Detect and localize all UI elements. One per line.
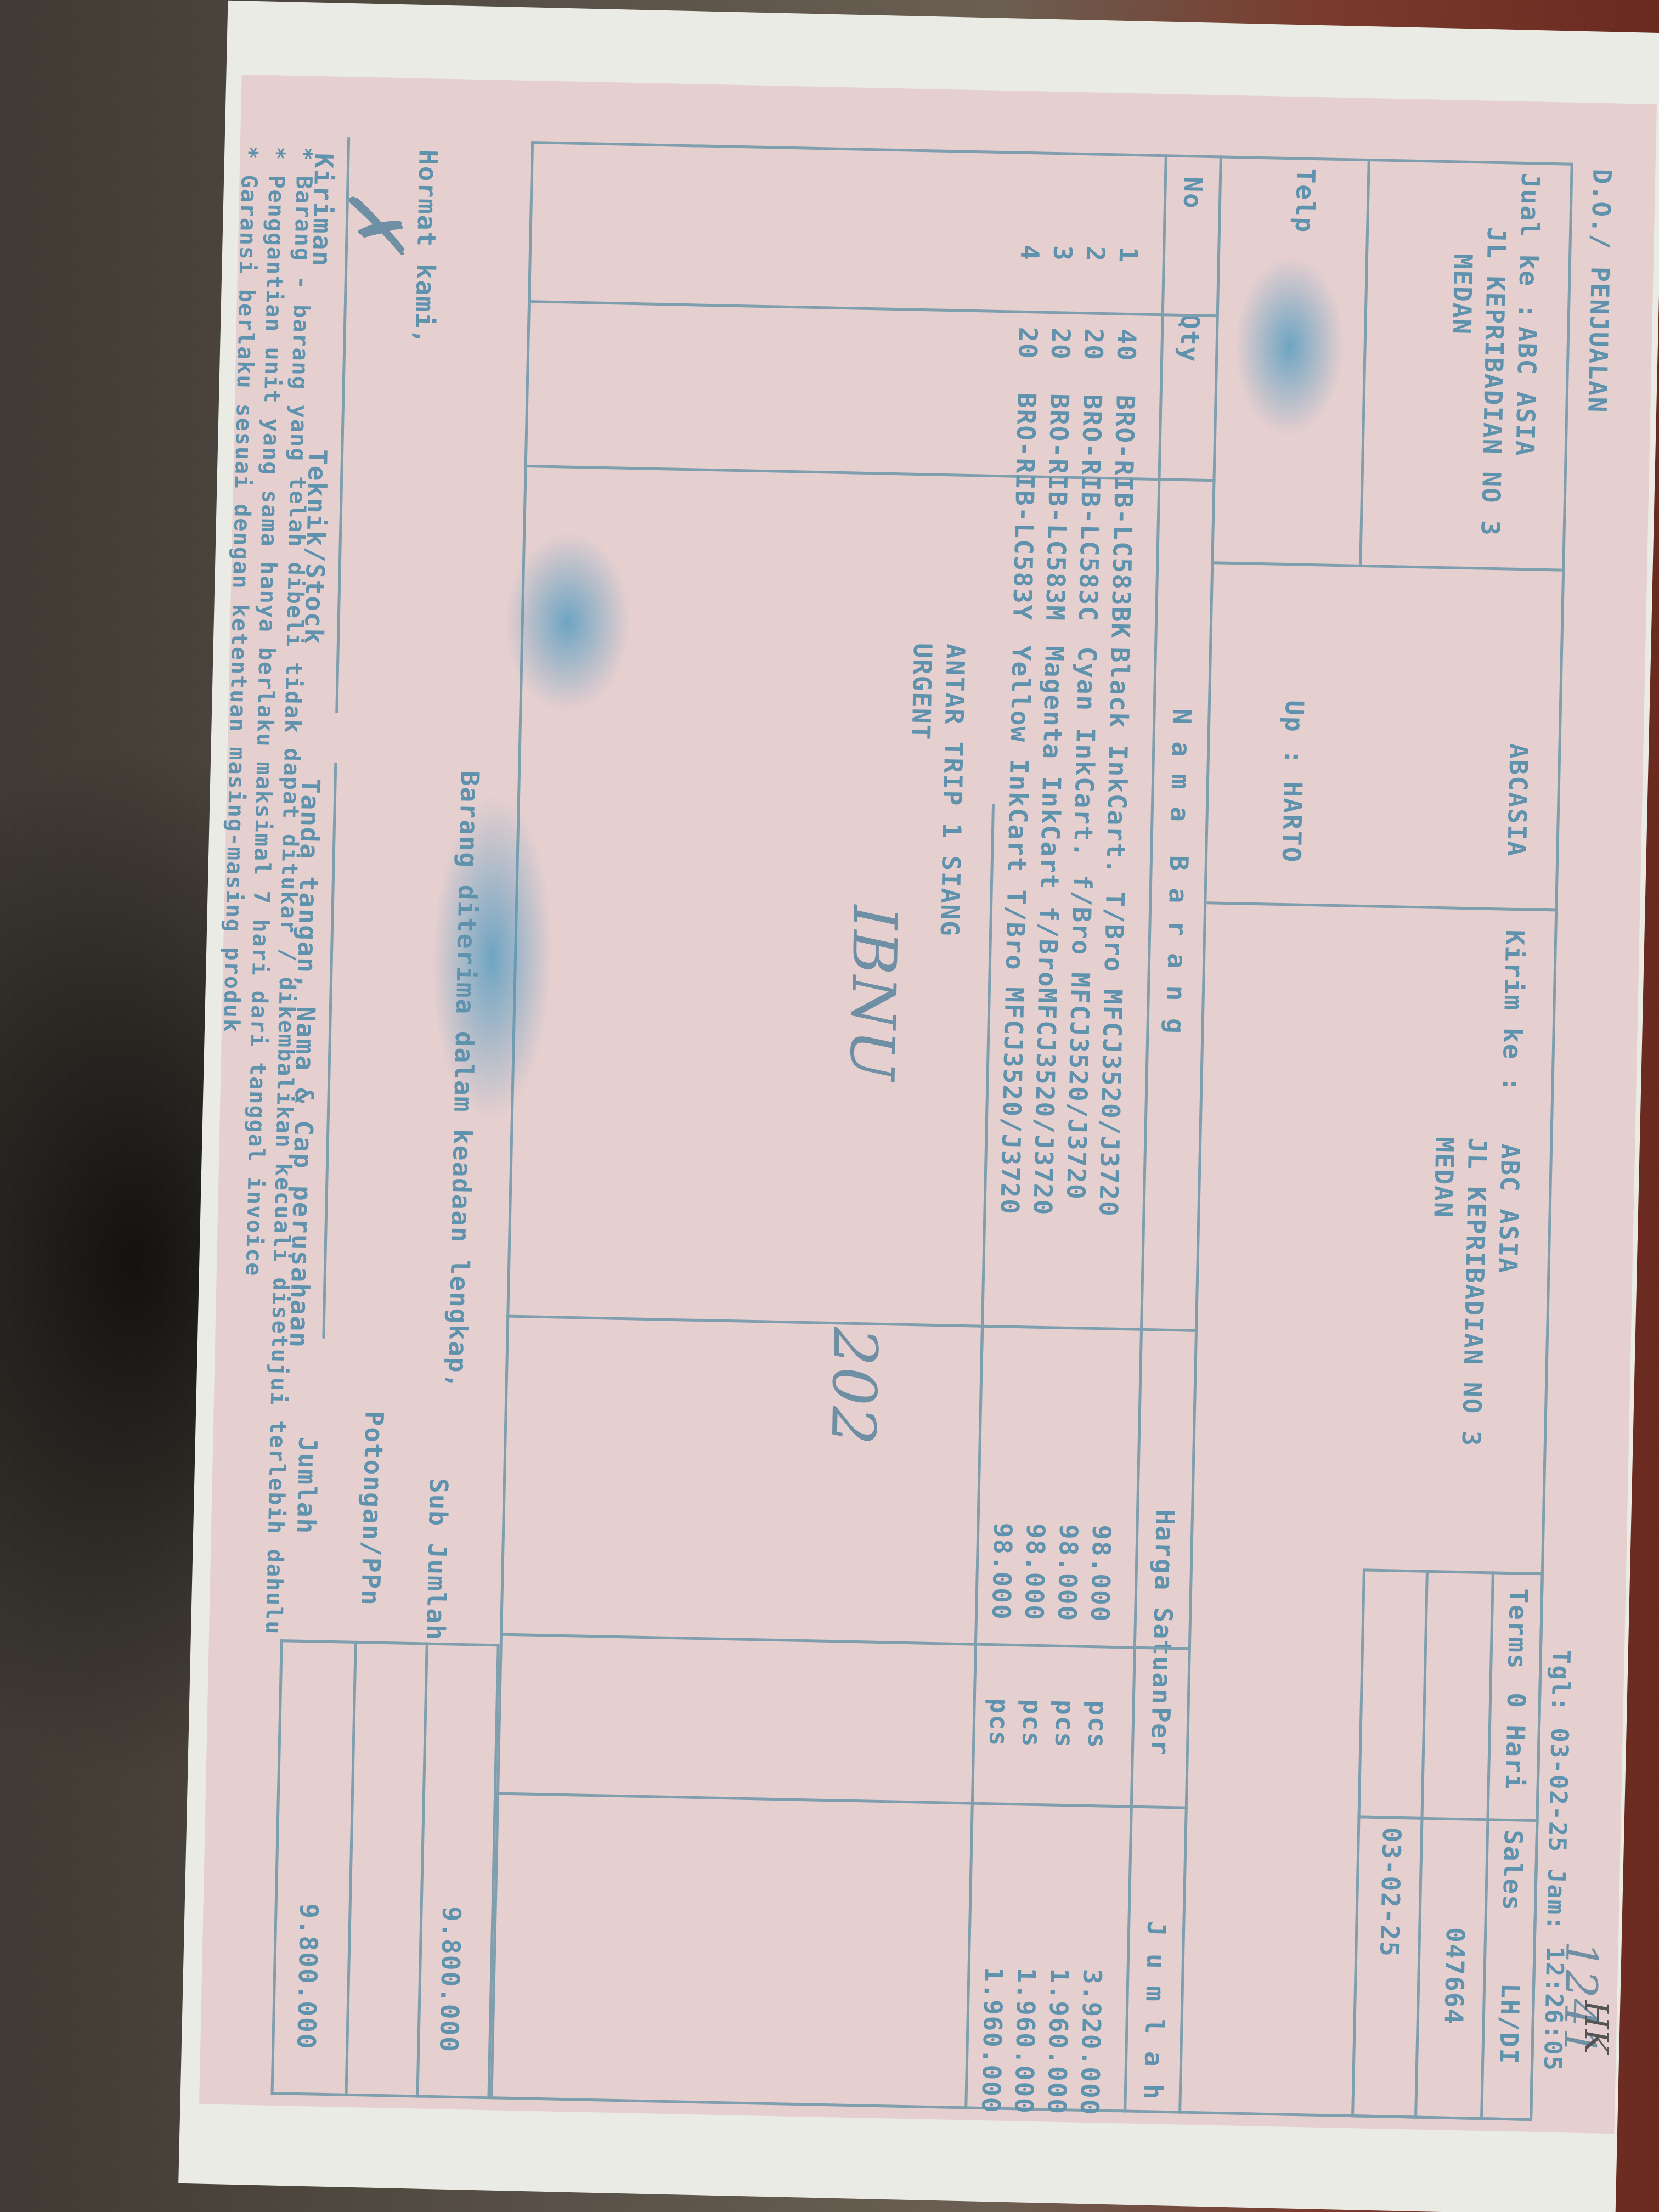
- col-per: Per: [1145, 1707, 1176, 1756]
- remark-2: URGENT: [906, 643, 938, 741]
- handwritten-note: 202: [817, 1327, 890, 1447]
- subtotal-label: Sub Jumlah: [421, 1477, 454, 1641]
- total-label: Jumlah: [291, 1436, 323, 1534]
- sold-to-name: ABC ASIA: [1510, 326, 1542, 458]
- sold-to-label: Jual ke :: [1513, 173, 1546, 320]
- invoice-photo: 1241 D.O./ PENJUALAN Tgl: 03-02-25 Jam: …: [188, 75, 1657, 2134]
- phone-label: Telp: [1290, 168, 1321, 234]
- col-unit-price: Harga Satuan: [1147, 1509, 1180, 1705]
- col-qty: Qty: [1175, 314, 1205, 363]
- signature-line: [322, 763, 337, 1339]
- ship-to-name: ABC ASIA: [1493, 1143, 1525, 1274]
- discount-label: Potongan/PPn: [356, 1410, 389, 1606]
- ship-to-label: Kirim ke :: [1497, 929, 1530, 1093]
- remark-1: ANTAR TRIP 1 SIANG: [935, 644, 970, 938]
- handwritten-name: IBNU: [836, 905, 910, 1082]
- sold-to-city: MEDAN: [1447, 253, 1478, 336]
- signature-scribble: ✗: [330, 186, 420, 253]
- doc-type: D.O./ PENJUALAN: [1582, 168, 1617, 413]
- col-total: J u m l a h: [1138, 1921, 1172, 2101]
- invoice-page: 1241 D.O./ PENJUALAN Tgl: 03-02-25 Jam: …: [199, 75, 1657, 2134]
- corner-mark: HK: [1577, 2000, 1615, 2053]
- sold-to-code: ABCASIA: [1502, 743, 1533, 857]
- col-no: No: [1178, 177, 1208, 210]
- subtotal-value: 9.800.000: [434, 1906, 467, 2053]
- total-value: 9.800.000: [291, 1903, 324, 2050]
- attention: Up : HARTO: [1277, 700, 1310, 864]
- ship-to-city: MEDAN: [1428, 1137, 1459, 1219]
